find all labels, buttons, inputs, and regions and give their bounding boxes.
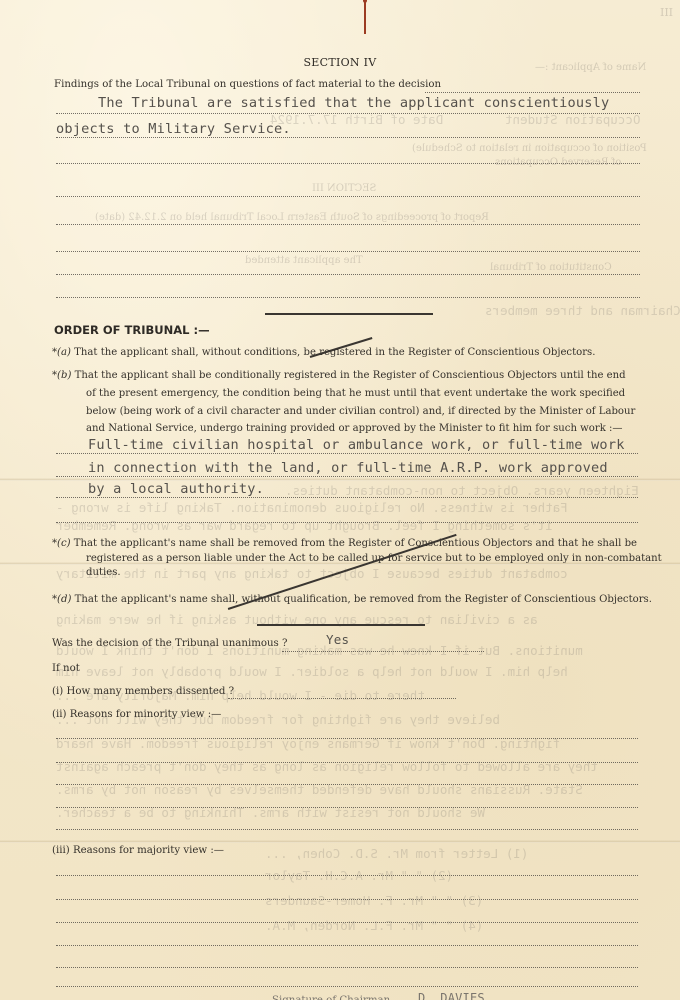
option-c-text: That the applicant's name shall be remov…	[74, 538, 637, 549]
option-b-line: of the present emergency, the condition …	[86, 386, 625, 402]
findings-dotted-line	[56, 137, 640, 138]
option-d-marker: *(d)	[52, 594, 71, 605]
if-not-label: If not	[52, 663, 80, 674]
work-typed-line: in connection with the land, or full-tim…	[88, 460, 608, 476]
majority-label: (iii) Reasons for majority view :—	[52, 845, 224, 856]
majority-dotted-line	[56, 875, 638, 876]
ghost-line: combatant duties because I object to tak…	[56, 566, 568, 581]
ghost-line: (1) Letter from Mr. S.D. Cohen, ...	[265, 846, 528, 861]
ghost-applicant-attended: The applicant attended	[245, 255, 363, 266]
dissent-dotted-line	[228, 698, 456, 699]
findings-dotted-line	[56, 163, 640, 164]
ghost-dob: Date of Birth 17.7.1924	[270, 112, 443, 127]
findings-dotted-line	[56, 251, 640, 252]
red-ink-mark	[364, 0, 366, 34]
ghost-line: (4) " " Mr. F.L. Norden, M.A.	[265, 918, 483, 933]
signature-name: D. DAVIES	[418, 991, 485, 1000]
ghost-report: Report of proceedings of South Eastern L…	[95, 212, 489, 223]
majority-dotted-line	[56, 922, 638, 923]
minority-label: (ii) Reasons for minority view :—	[52, 709, 221, 720]
majority-dotted-line	[56, 899, 638, 900]
work-typed-line: Full-time civilian hospital or ambulance…	[88, 437, 625, 453]
work-dotted-line	[56, 522, 638, 523]
minority-dotted-line	[56, 829, 638, 830]
unanimous-answer: Yes	[326, 632, 349, 647]
findings-dotted-line	[56, 113, 640, 114]
order-option-b: *(b) That the applicant shall be conditi…	[52, 368, 626, 384]
findings-dotted-line	[56, 274, 640, 275]
work-typed-line: by a local authority.	[88, 481, 264, 497]
ghost-line: it's something I feel. Brought up to reg…	[56, 518, 553, 533]
work-dotted-line	[56, 476, 638, 477]
ghost-chairman-three: Chairman and three members	[485, 303, 680, 318]
work-dotted-line	[56, 497, 638, 498]
findings-dotted-line	[56, 297, 640, 298]
signature-label: Signature of Chairman	[272, 995, 390, 1000]
option-a-marker: *(a)	[52, 347, 71, 358]
ghost-position: Position of occupation in relation to Sc…	[412, 143, 647, 154]
section-divider	[257, 624, 425, 626]
option-b-line: and National Service, undergo training p…	[86, 421, 623, 437]
majority-dotted-line	[56, 986, 638, 987]
ghost-constitution: Constitution of Tribunal	[490, 262, 612, 273]
ghost-line: Eighteen years. Object to non-combatant …	[285, 483, 639, 498]
ghost-occupation: Occupation Student	[505, 112, 640, 127]
order-option-c: *(c) That the applicant's name shall be …	[52, 536, 637, 552]
ghost-section-iii: SECTION III	[312, 183, 376, 194]
minority-dotted-line	[56, 784, 638, 785]
minority-dotted-line	[56, 738, 638, 739]
option-d-text: That the applicant's name shall, without…	[75, 594, 652, 605]
order-heading: ORDER OF TRIBUNAL :—	[54, 323, 210, 337]
findings-typed-line: objects to Military Service.	[56, 121, 291, 137]
order-option-d: *(d) That the applicant's name shall, wi…	[52, 592, 652, 608]
option-b-marker: *(b)	[52, 370, 71, 381]
findings-dotted-line	[56, 196, 640, 197]
option-b-text: That the applicant shall be conditionall…	[75, 370, 626, 381]
findings-dotted-line	[56, 224, 640, 225]
option-c-marker: *(c)	[52, 538, 71, 549]
dissent-question: (i) How many members dissented ?	[52, 686, 234, 697]
option-b-line: below (being work of a civil character a…	[86, 404, 635, 420]
section-divider	[265, 313, 433, 315]
option-c-line: registered as a person liable under the …	[86, 551, 662, 567]
ghost-line: help him. I would not help a soldier. I …	[56, 664, 568, 679]
minority-dotted-line	[56, 762, 638, 763]
majority-dotted-line	[56, 945, 638, 946]
option-c-line: duties.	[86, 565, 121, 581]
minority-dotted-line	[56, 807, 638, 808]
ghost-line: Father is witness. No religious denomina…	[56, 500, 568, 515]
ghost-line: (3) " " Mr. F. Homer-Saunders	[265, 893, 483, 908]
findings-dotted-line	[425, 92, 640, 93]
section-title: SECTION IV	[0, 56, 680, 69]
majority-dotted-line	[56, 967, 638, 968]
page-marker: III	[660, 6, 673, 19]
findings-label: Findings of the Local Tribunal on questi…	[54, 79, 441, 90]
findings-typed-line: The Tribunal are satisfied that the appl…	[98, 95, 609, 111]
work-dotted-line	[56, 453, 638, 454]
unanimous-dotted-line	[282, 651, 484, 652]
paper-fold	[0, 840, 680, 843]
unanimous-question: Was the decision of the Tribunal unanimo…	[52, 638, 287, 649]
